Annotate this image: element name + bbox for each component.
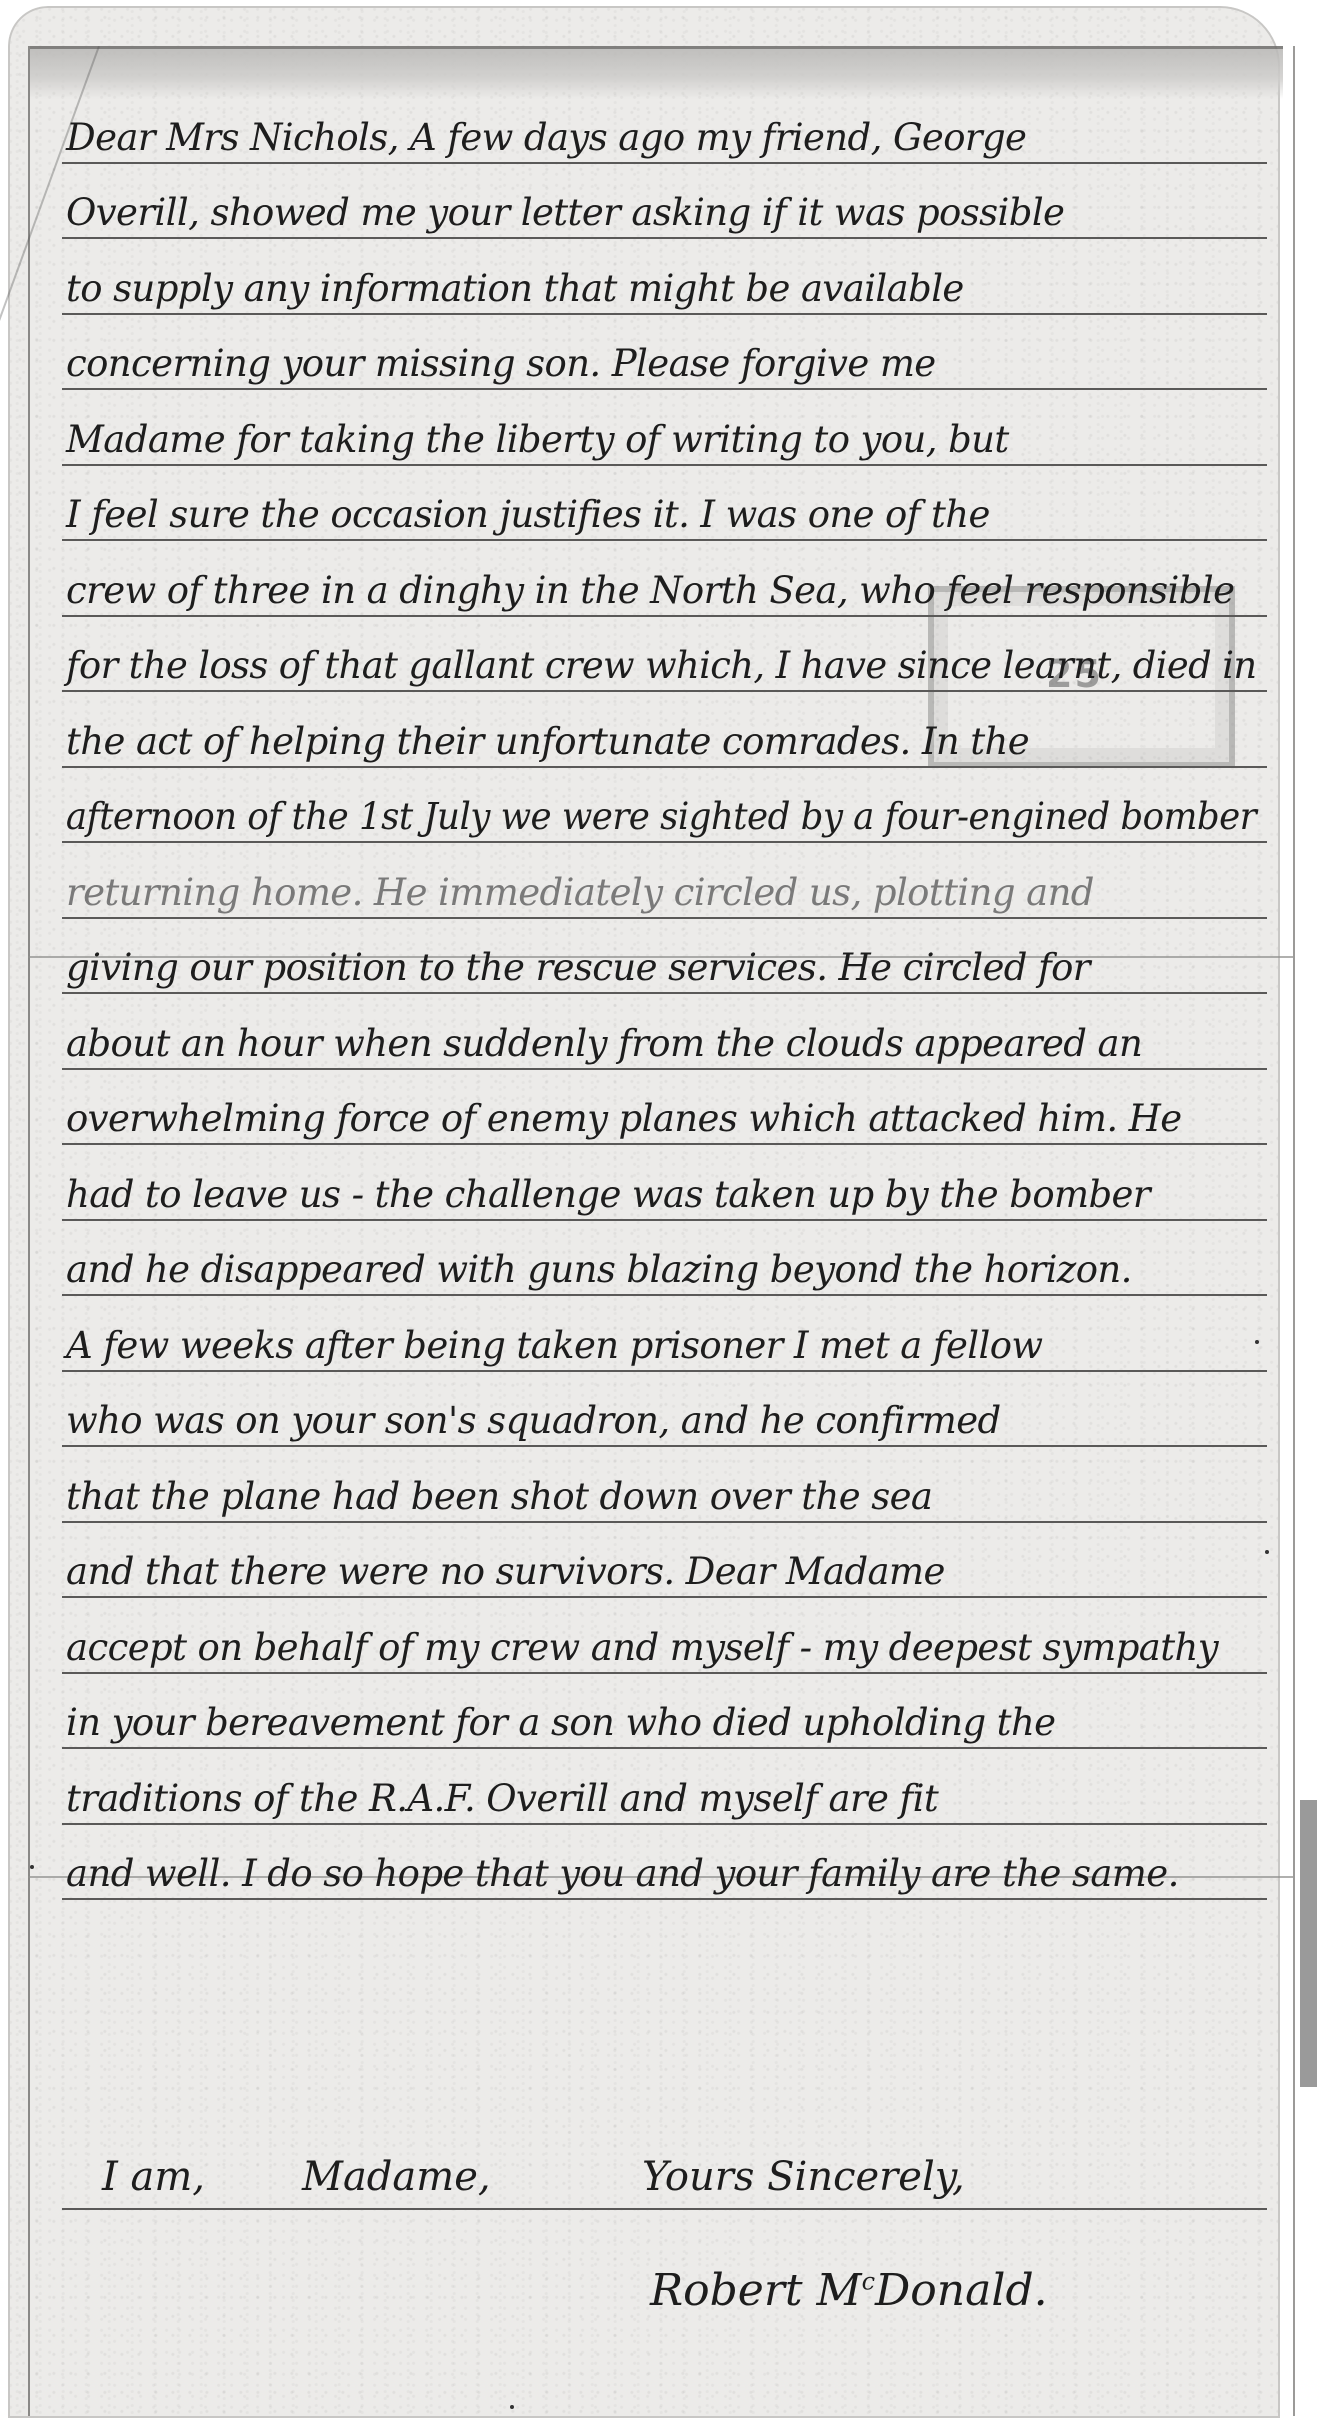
letter-line-text: the act of helping their unfortunate com…: [62, 723, 1029, 766]
letter-line: about an hour when suddenly from the clo…: [62, 994, 1267, 1070]
scan-edge-bar: [1300, 1800, 1317, 2087]
letter-line-text: Overill, showed me your letter asking if…: [62, 194, 1064, 237]
letter-line-text: I feel sure the occasion justifies it. I…: [62, 496, 990, 539]
letter-line: to supply any information that might be …: [62, 239, 1267, 315]
letter-line-text: that the plane had been shot down over t…: [62, 1478, 932, 1521]
letter-line-text: traditions of the R.A.F. Overill and mys…: [62, 1780, 938, 1823]
letter-line-text: returning home. He immediately circled u…: [62, 874, 1094, 917]
letter-line: concerning your missing son. Please forg…: [62, 315, 1267, 391]
closing-line: I am, Madame, Yours Sincerely,: [62, 2135, 1267, 2210]
letter-line-text: and that there were no survivors. Dear M…: [62, 1553, 945, 1596]
signature-superscript: c: [862, 2267, 875, 2295]
letter-line: Madame for taking the liberty of writing…: [62, 390, 1267, 466]
closing-i-am: I am,: [102, 2154, 205, 2200]
letter-line: afternoon of the 1st July we were sighte…: [62, 768, 1267, 844]
letter-line-text: afternoon of the 1st July we were sighte…: [62, 798, 1256, 841]
letter-line: returning home. He immediately circled u…: [62, 843, 1267, 919]
letter-line-text: who was on your son's squadron, and he c…: [62, 1402, 1001, 1445]
signature-last: Donald.: [875, 2265, 1048, 2316]
letter-line-text: crew of three in a dinghy in the North S…: [62, 572, 1234, 615]
letter-line-text: A few weeks after being taken prisoner I…: [62, 1327, 1043, 1370]
signature: Robert McDonald.: [650, 2265, 1048, 2316]
letter-line: who was on your son's squadron, and he c…: [62, 1372, 1267, 1448]
paper-speck: [1255, 1340, 1259, 1344]
letter-line-text: giving our position to the rescue servic…: [62, 949, 1090, 992]
letter-line-text: about an hour when suddenly from the clo…: [62, 1025, 1142, 1068]
letter-line-text: Dear Mrs Nichols, A few days ago my frie…: [62, 119, 1026, 162]
letter-line: traditions of the R.A.F. Overill and mys…: [62, 1749, 1267, 1825]
letter-line: that the plane had been shot down over t…: [62, 1447, 1267, 1523]
letter-line: in your bereavement for a son who died u…: [62, 1674, 1267, 1750]
letter-line-text: for the loss of that gallant crew which,…: [62, 647, 1256, 690]
letter-line-text: to supply any information that might be …: [62, 270, 964, 313]
letter-line-text: overwhelming force of enemy planes which…: [62, 1100, 1182, 1143]
letter-line: accept on behalf of my crew and myself -…: [62, 1598, 1267, 1674]
letter-line: Overill, showed me your letter asking if…: [62, 164, 1267, 240]
letter-line: and he disappeared with guns blazing bey…: [62, 1221, 1267, 1297]
letter-line-text: in your bereavement for a son who died u…: [62, 1704, 1055, 1747]
paper-edge-left: [28, 46, 30, 2416]
closing-yours-sincerely: Yours Sincerely,: [642, 2154, 965, 2200]
closing-madame: Madame,: [302, 2154, 491, 2200]
letter-line-text: had to leave us - the challenge was take…: [62, 1176, 1150, 1219]
letter-line: and well. I do so hope that you and your…: [62, 1825, 1267, 1901]
letter-line: the act of helping their unfortunate com…: [62, 692, 1267, 768]
letter-line: Dear Mrs Nichols, A few days ago my frie…: [62, 88, 1267, 164]
letter-line-text: and well. I do so hope that you and your…: [62, 1855, 1179, 1898]
signature-first: Robert M: [650, 2265, 862, 2316]
letter-line-text: Madame for taking the liberty of writing…: [62, 421, 1009, 464]
paper-edge-right: [1293, 46, 1295, 2416]
letter-line: overwhelming force of enemy planes which…: [62, 1070, 1267, 1146]
letter-line: for the loss of that gallant crew which,…: [62, 617, 1267, 693]
letter-line: giving our position to the rescue servic…: [62, 919, 1267, 995]
letter-line: A few weeks after being taken prisoner I…: [62, 1296, 1267, 1372]
letter-line-text: accept on behalf of my crew and myself -…: [62, 1629, 1218, 1672]
letter-line: had to leave us - the challenge was take…: [62, 1145, 1267, 1221]
paper-speck: [510, 2405, 514, 2409]
letter-body: Dear Mrs Nichols, A few days ago my frie…: [62, 88, 1267, 1900]
letter-line-text: and he disappeared with guns blazing bey…: [62, 1251, 1132, 1294]
paper-speck: [1265, 1550, 1269, 1554]
letter-line: and that there were no survivors. Dear M…: [62, 1523, 1267, 1599]
letter-line: crew of three in a dinghy in the North S…: [62, 541, 1267, 617]
paper-speck: [30, 1865, 34, 1869]
letter-line-text: concerning your missing son. Please forg…: [62, 345, 936, 388]
letter-line: I feel sure the occasion justifies it. I…: [62, 466, 1267, 542]
